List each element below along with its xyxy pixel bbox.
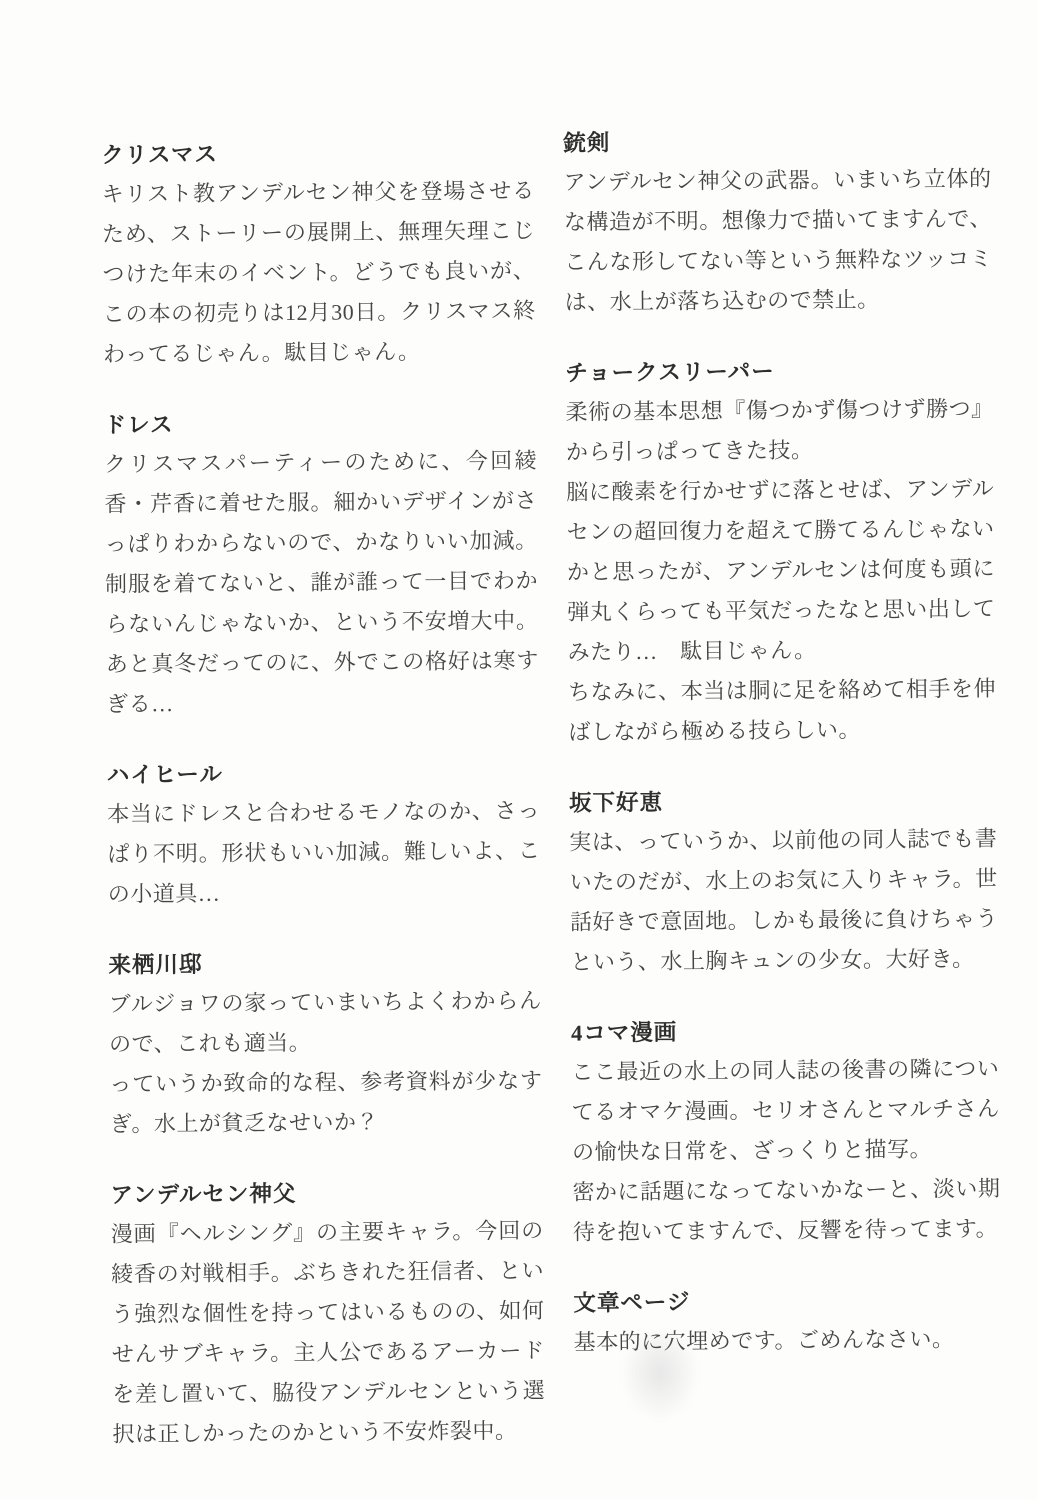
glossary-entry-4koma-manga: 4コマ漫画 ここ最近の水上の同人誌の後書の隣についてるオマケ漫画。セリオさんとマ…	[571, 1011, 1001, 1253]
page-content: クリスマス キリスト教アンデルセン神父を登場させるため、ストーリーの展開上、無理…	[0, 0, 1037, 1500]
entry-heading: 4コマ漫画	[571, 1011, 999, 1053]
entry-paragraph: 本当にドレスと合わせるモノなのか、さっぱり不明。形状もいい加減。難しいよ、この小…	[107, 791, 541, 915]
entry-heading: ハイヒール	[107, 753, 540, 795]
glossary-entry-sakashita-yoshie: 坂下好恵 実は、っていうか、以前他の同人誌でも書いたのだが、水上のお気に入りキャ…	[569, 781, 999, 983]
entry-paragraph: ここ最近の水上の同人誌の後書の隣についてるオマケ漫画。セリオさんとマルチさんの愉…	[571, 1049, 1000, 1173]
glossary-entry-choke-sleeper: チョークスリーパー 柔術の基本思想『傷つかず傷つけず勝つ』から引っぱってきた技。…	[565, 351, 996, 753]
entry-heading: 文章ページ	[573, 1281, 1001, 1323]
entry-heading: アンデルセン神父	[110, 1173, 543, 1215]
entry-paragraph: 柔術の基本思想『傷つかず傷つけず勝つ』から引っぱってきた技。	[565, 389, 994, 473]
left-column: クリスマス キリスト教アンデルセン神父を登場させるため、ストーリーの展開上、無理…	[101, 133, 545, 1455]
entry-paragraph: 基本的に穴埋めです。ごめんなさい。	[574, 1319, 1002, 1363]
entry-heading: チョークスリーパー	[565, 351, 993, 393]
entry-heading: ドレス	[104, 403, 537, 445]
entry-paragraph: ブルジョワの家っていまいちよくわからんので、これも適当。	[109, 981, 543, 1065]
entry-paragraph: 脳に酸素を行かせずに落とせば、アンデルセンの超回復力を超えて勝てるんじゃないかと…	[566, 469, 996, 673]
entry-paragraph: クリスマスパーティーのために、今回綾香・芹香に着せた服。細かいデザインがさっぱり…	[104, 441, 539, 725]
glossary-entry-bayonet: 銃剣 アンデルセン神父の武器。いまいち立体的な構造が不明。想像力で描いてますんで…	[563, 121, 993, 323]
entry-heading: 坂下好恵	[569, 781, 997, 823]
glossary-entry-text-pages: 文章ページ 基本的に穴埋めです。ごめんなさい。	[573, 1281, 1002, 1363]
entry-paragraph: アンデルセン神父の武器。いまいち立体的な構造が不明。想像力で描いてますんで、こん…	[563, 159, 992, 323]
glossary-entry-dress: ドレス クリスマスパーティーのために、今回綾香・芹香に着せた服。細かいデザインが…	[104, 403, 540, 725]
entry-paragraph: ちなみに、本当は胴に足を絡めて相手を伸ばしながら極める技らしい。	[568, 669, 997, 753]
glossary-entry-father-anderson: アンデルセン神父 漫画『ヘルシング』の主要キャラ。今回の綾香の対戦相手。ぶちきれ…	[110, 1173, 545, 1455]
entry-paragraph: 密かに話題になってないかなーと、淡い期待を抱いてますんで、反響を待ってます。	[572, 1169, 1001, 1253]
entry-heading: 来栖川邸	[108, 943, 541, 985]
glossary-entry-kurusugawa-residence: 来栖川邸 ブルジョワの家っていまいちよくわからんので、これも適当。 っていうか致…	[108, 943, 543, 1145]
glossary-entry-highheel: ハイヒール 本当にドレスと合わせるモノなのか、さっぱり不明。形状もいい加減。難し…	[107, 753, 541, 915]
entry-heading: 銃剣	[563, 121, 991, 163]
glossary-entry-christmas: クリスマス キリスト教アンデルセン神父を登場させるため、ストーリーの展開上、無理…	[101, 133, 536, 375]
entry-paragraph: キリスト教アンデルセン神父を登場させるため、ストーリーの展開上、無理矢理こじつけ…	[102, 171, 537, 375]
scanned-page: クリスマス キリスト教アンデルセン神父を登場させるため、ストーリーの展開上、無理…	[0, 0, 1037, 1500]
entry-paragraph: 漫画『ヘルシング』の主要キャラ。今回の綾香の対戦相手。ぶちきれた狂信者、という強…	[111, 1211, 546, 1455]
entry-paragraph: 実は、っていうか、以前他の同人誌でも書いたのだが、水上のお気に入りキャラ。世話好…	[569, 819, 998, 983]
entry-paragraph: っていうか致命的な程、参考資料が少なすぎ。水上が貧乏なせいか？	[109, 1061, 543, 1145]
right-column: 銃剣 アンデルセン神父の武器。いまいち立体的な構造が不明。想像力で描いてますんで…	[563, 121, 1002, 1363]
entry-heading: クリスマス	[101, 133, 534, 175]
